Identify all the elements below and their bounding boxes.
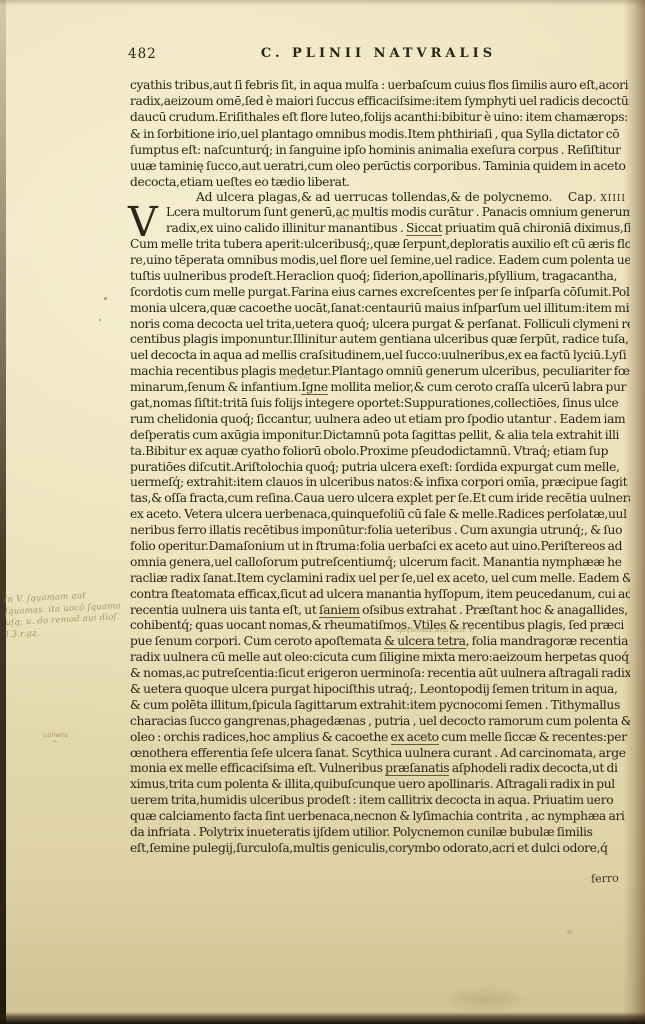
- text-line: uel decocta in aqua ad mellis craſsitudi…: [130, 348, 630, 364]
- text-line: & nomas,ac putreſcentia:ſicut erigeron u…: [130, 666, 630, 682]
- chapter-heading-row: Ad ulcera plagas,& ad uerrucas tollendas…: [130, 190, 630, 205]
- catchword: ferro: [591, 872, 619, 886]
- scan-edge-bottom: [0, 1012, 645, 1024]
- handwritten-interlinear-note: Sicca. v.: [336, 213, 363, 221]
- text-line: centibus plagis imponuntur.Illinitur aut…: [130, 332, 630, 348]
- text-line: ſumptus eſt: naſcunturq́; in ſanguine ip…: [130, 142, 630, 158]
- text-line: Lcera multorum ſunt generū,ac multis mod…: [130, 205, 630, 221]
- text-line: recentia uulnera uis tanta eſt, ut ſanie…: [130, 603, 630, 619]
- text-line: & cum polēta illitum,ſpicula ſagittarum …: [130, 698, 630, 714]
- chapter-body: V Lcera multorum ſunt generū,ac multis m…: [130, 205, 630, 857]
- scan-edge-top: [0, 0, 645, 6]
- text-line: minarum,ſenum & infantium.Igne mollita m…: [130, 380, 630, 396]
- text-line: radix uulnera cū melle aut oleo:cicuta c…: [130, 650, 630, 666]
- text-line: puratiōes diſcutit.Ariſtolochia quoq́; p…: [130, 460, 630, 476]
- text-line: re,uino tēperata omnibus modis,uel flore…: [130, 253, 630, 269]
- text-line: Cum melle trita tubera aperit:ulceribusq…: [130, 237, 630, 253]
- text-line: œnothera efferentia ſeſe ulcera ſanat. S…: [130, 746, 630, 762]
- text-line: folio operitur.Damaſonium ut in ſtruma:f…: [130, 539, 630, 555]
- text-line: neribus ferro illatis recētibus imponūtu…: [130, 523, 630, 539]
- text-line: radix,aeizoum omē,ſed è maiori ſuccus ef…: [130, 93, 630, 109]
- scanned-book-page: 482 C. PLINII NATVRALIS cyathis tribus,a…: [0, 0, 645, 1024]
- ink-speck: [104, 297, 107, 300]
- text-line: cyathis tribus,aut ſi febris ſit, in aqu…: [130, 77, 630, 93]
- handwritten-margin-note: In V. ſquamam autſquamas. ita uocō ſquam…: [4, 589, 130, 641]
- chapter-heading: Ad ulcera plagas,& ad uerrucas tollendas…: [196, 190, 552, 205]
- text-line: racliæ radix ſanat.Item cyclamini radix …: [130, 571, 630, 587]
- scan-edge-left: [0, 0, 6, 1024]
- handwritten-margin-word: uulnera: [43, 731, 68, 739]
- text-line: characias ſucco gangrenas,phagedænas , p…: [130, 714, 630, 730]
- cap-label: Cap.: [568, 190, 597, 204]
- ink-speck: [567, 930, 572, 934]
- text-line: radix,ex uino calido illinitur manantibu…: [130, 221, 630, 237]
- running-title: C. PLINII NATVRALIS: [130, 46, 627, 61]
- text-line: contra ſteatomata efficax,ſicut ad ulcer…: [130, 587, 630, 603]
- cap-number: XIIII: [600, 194, 626, 204]
- text-line: rum chelidonia quoq́; ſiccantur, uulnera…: [130, 412, 630, 428]
- text-line: quæ calciamento facta ſint uerbenaca,nec…: [130, 809, 630, 825]
- drop-cap-initial: V: [128, 205, 158, 239]
- text-line: ximus,trita cum polenta & illita,quibuſc…: [130, 777, 630, 793]
- text-line: uerem trita,humidis ulceribus prodeſt : …: [130, 793, 630, 809]
- text-line: cohibentq́; quas uocant nomas,& rheumati…: [130, 618, 630, 634]
- text-line: machia recentibus plagis medetur.Plantag…: [130, 364, 630, 380]
- text-line: uermeſq́; extrahit:item clauos in ulceri…: [130, 475, 630, 491]
- text-line: ſcordotis cum melle purgat.Farina eius c…: [130, 285, 630, 301]
- text-line: decocta,etiam ueſtes eo tædio liberat.: [130, 174, 630, 190]
- text-line: omnia genera,uel calloſorum putreſcentiu…: [130, 555, 630, 571]
- text-line: & in ſorbitione irio,uel plantago omnibu…: [130, 126, 630, 142]
- text-line: deſperatis cum axūgia imponitur.Dictamnū…: [130, 428, 630, 444]
- text-line: gat,nomas ſiſtit:tritā ſuis folijs integ…: [130, 396, 630, 412]
- intro-paragraph: cyathis tribus,aut ſi febris ſit, in aqu…: [130, 77, 630, 190]
- text-line: daucū crudum.Eriſithales eſt flore luteo…: [130, 109, 630, 125]
- text-line: ex aceto. Vetera ulcera uerbenaca,quinqu…: [130, 507, 630, 523]
- handwritten-interlinear-note: ligne em.: [281, 373, 312, 381]
- text-line: uuæ taminię ſucco,aut ueratri,cum oleo p…: [130, 158, 630, 174]
- handwritten-interlinear-note: apoſtemate bris ſecit. v: [396, 626, 473, 634]
- text-line: pue ſenum corpori. Cum ceroto apoſtemata…: [130, 634, 630, 650]
- ink-speck: [99, 319, 101, 321]
- text-line: tas,& oſſa fracta,cum reſina.Caua uero u…: [130, 491, 630, 507]
- text-line: da infriata . Polytrix inueteratis ijſde…: [130, 825, 630, 841]
- text-line: ta.Bibitur ex aquæ cyatho foliorū obolo.…: [130, 444, 630, 460]
- text-line: monia ulcera,quæ cacoethe uocāt,ſanat:ce…: [130, 301, 630, 317]
- text-line: oleo : orchis radices,hoc amplius & caco…: [130, 730, 630, 746]
- text-line: tuſtis uulneribus prodeſt.Heraclion quoq…: [130, 269, 630, 285]
- text-line: & uetera quoque ulcera purgat hipociſthi…: [130, 682, 630, 698]
- text-line: noris coma decocta uel trita,uetera quoq…: [130, 317, 630, 333]
- insertion-caret-mark: ^: [52, 740, 58, 748]
- chapter-cap: Cap. XIIII: [568, 190, 630, 205]
- text-block: cyathis tribus,aut ſi febris ſit, in aqu…: [130, 77, 630, 857]
- paper-stain: [440, 986, 530, 1012]
- text-line: eſt,ſemine pulegij,ſurculoſa,multis geni…: [130, 841, 630, 857]
- text-line: monia ex melle efficaciſsima eſt. Vulner…: [130, 761, 630, 777]
